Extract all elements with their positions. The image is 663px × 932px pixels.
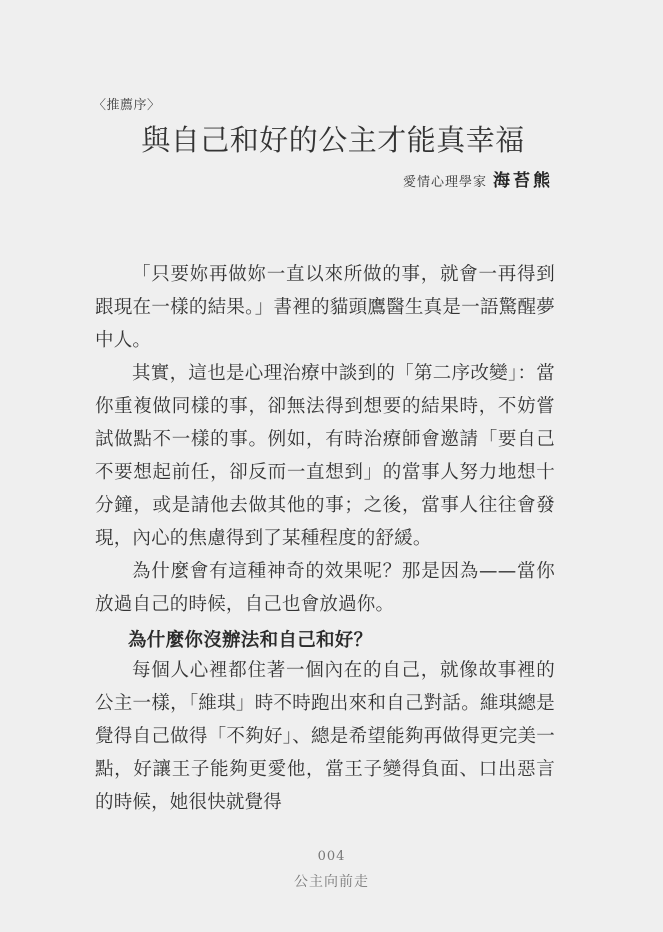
author-role: 愛情心理學家 <box>403 175 487 190</box>
section-subheading: 為什麼你沒辦法和自己和好？ <box>128 626 372 652</box>
body-section-2: 每個人心裡都住著一個內在的自己，就像故事裡的公主一樣，「維琪」時不時跑出來和自己… <box>95 654 555 819</box>
page-title: 與自己和好的公主才能真幸福 <box>0 118 663 159</box>
author-byline: 愛情心理學家海苔熊 <box>403 166 553 191</box>
section-tag: 〈推薦序〉 <box>93 94 161 113</box>
author-name: 海苔熊 <box>493 171 553 191</box>
paragraph: 為什麼會有這種神奇的效果呢？那是因為——當你放過自己的時候，自己也會放過你。 <box>95 555 555 621</box>
paragraph: 「只要妳再做妳一直以來所做的事，就會一再得到跟現在一樣的結果。」書裡的貓頭鷹醫生… <box>95 258 555 357</box>
page-number: 004 <box>0 849 663 864</box>
book-page: 〈推薦序〉 與自己和好的公主才能真幸福 愛情心理學家海苔熊 「只要妳再做妳一直以… <box>0 0 663 932</box>
paragraph: 其實，這也是心理治療中談到的「第二序改變」：當你重複做同樣的事，卻無法得到想要的… <box>95 357 555 555</box>
paragraph: 每個人心裡都住著一個內在的自己，就像故事裡的公主一樣，「維琪」時不時跑出來和自己… <box>95 654 555 819</box>
running-footer-title: 公主向前走 <box>0 871 663 891</box>
body-section-1: 「只要妳再做妳一直以來所做的事，就會一再得到跟現在一樣的結果。」書裡的貓頭鷹醫生… <box>95 258 555 621</box>
